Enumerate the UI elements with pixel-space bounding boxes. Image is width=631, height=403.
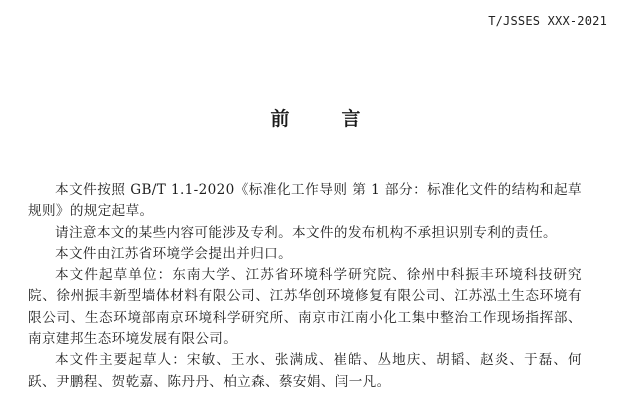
- paragraph-drafters: 本文件主要起草人：宋敏、王水、张满成、崔皓、丛地庆、胡韬、赵炎、于磊、何跃、尹鹏…: [28, 350, 582, 393]
- paragraph-drafting-rules: 本文件按照 GB/T 1.1-2020《标准化工作导则 第 1 部分：标准化文件…: [28, 180, 582, 223]
- document-code: T/JSSES XXX-2021: [488, 14, 607, 28]
- paragraph-drafting-units: 本文件起草单位：东南大学、江苏省环境科学研究院、徐州中科振丰环境科技研究院、徐州…: [28, 265, 582, 350]
- title-char-2: 言: [342, 104, 361, 131]
- foreword-body: 本文件按照 GB/T 1.1-2020《标准化工作导则 第 1 部分：标准化文件…: [28, 180, 582, 393]
- paragraph-proposer: 本文件由江苏省环境学会提出并归口。: [28, 244, 582, 265]
- title-char-1: 前: [270, 104, 289, 131]
- section-title-foreword: 前言: [0, 104, 631, 131]
- paragraph-patent-notice: 请注意本文的某些内容可能涉及专利。本文件的发布机构不承担识别专利的责任。: [28, 223, 582, 244]
